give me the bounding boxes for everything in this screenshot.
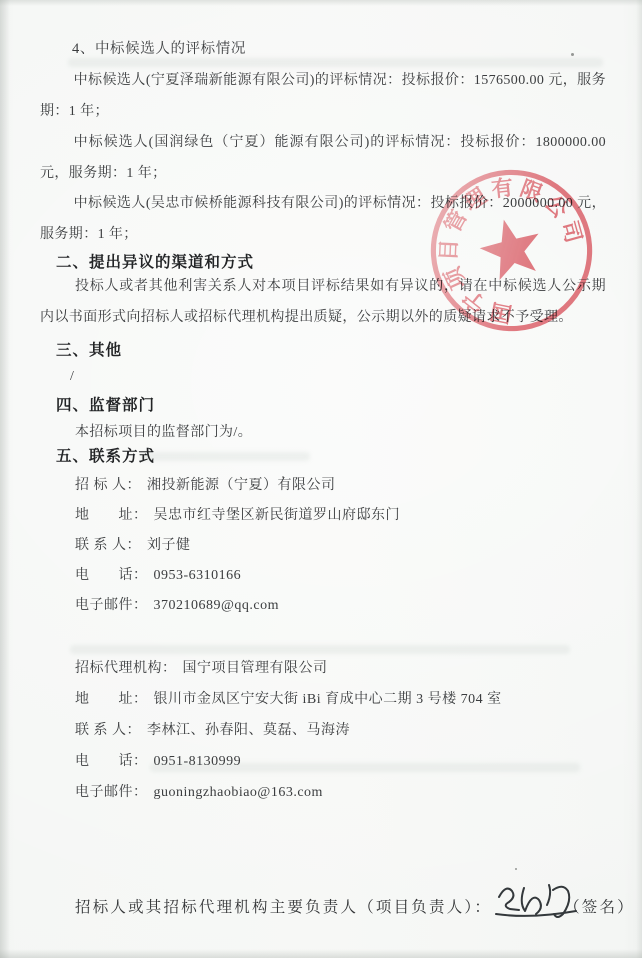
responsible-person-prefix: 招标人或其招标代理机构主要负责人（项目负责人）： <box>75 899 492 916</box>
contact-label: 电 话： <box>75 568 148 583</box>
agency-row-contact-person: 联 系 人：李林江、孙春阳、莫磊、马海涛 <box>75 719 350 739</box>
section5-heading: 五、联系方式 <box>56 444 155 466</box>
scan-speck <box>515 868 517 870</box>
bleed-through-smudge <box>140 452 310 461</box>
contact-value: 吴忠市红寺堡区新民街道罗山府邸东门 <box>154 508 401 523</box>
signature-stroke <box>499 889 519 910</box>
contact-value: 银川市金凤区宁安大街 iBi 育成中心二期 3 号楼 704 室 <box>154 692 502 707</box>
agency-row-name: 招标代理机构：国宁项目管理有限公司 <box>75 657 328 677</box>
agency-row-address: 地 址：银川市金凤区宁安大街 iBi 育成中心二期 3 号楼 704 室 <box>75 688 502 708</box>
contact-value: 0951-8130999 <box>154 754 242 769</box>
scan-edge-left <box>0 0 10 958</box>
scan-speck <box>571 53 574 56</box>
contact-value: 刘子健 <box>147 538 191 553</box>
scan-edge-top <box>0 0 642 6</box>
agency-row-email: 电子邮件：guoningzhaobiao@163.com <box>75 781 323 801</box>
contact-value: 国宁项目管理有限公司 <box>183 661 328 676</box>
tenderer-row-address: 地 址：吴忠市红寺堡区新民街道罗山府邸东门 <box>75 504 400 524</box>
seal-star-icon <box>474 212 547 283</box>
section3-body: / <box>70 362 74 393</box>
candidate-paragraph-1: 中标候选人(宁夏泽瑞新能源有限公司)的评标情况：投标报价：1576500.00 … <box>40 66 606 127</box>
agency-row-phone: 电 话：0951-8130999 <box>75 750 241 770</box>
scan-edge-right <box>636 0 642 958</box>
contact-label: 地 址： <box>75 692 148 707</box>
contact-value: 0953-6310166 <box>154 568 242 583</box>
contact-value: guoningzhaobiao@163.com <box>154 785 323 800</box>
contact-label: 招 标 人： <box>75 478 141 493</box>
tenderer-row-phone: 电 话：0953-6310166 <box>75 564 241 584</box>
contact-label: 电子邮件： <box>75 598 148 613</box>
contact-value: 湘投新能源（宁夏）有限公司 <box>147 478 336 493</box>
contact-value: 李林江、孙春阳、莫磊、马海涛 <box>147 723 350 738</box>
item4-title: 4、中标候选人的评标情况 <box>72 37 246 58</box>
tenderer-row-email: 电子邮件：370210689@qq.com <box>75 594 279 614</box>
company-seal: 国宁项目管理有限公司 <box>413 152 610 349</box>
contact-label: 招标代理机构： <box>75 661 177 676</box>
tenderer-row-contact-person: 联 系 人：刘子健 <box>75 534 191 554</box>
scan-edge-bottom <box>0 949 642 958</box>
handwritten-signature <box>494 879 580 925</box>
section4-heading: 四、监督部门 <box>56 393 155 415</box>
contact-value: 370210689@qq.com <box>154 598 280 613</box>
signature-stroke <box>522 888 541 914</box>
tenderer-row-name: 招 标 人：湘投新能源（宁夏）有限公司 <box>75 474 336 494</box>
bleed-through-smudge <box>70 645 570 654</box>
section2-heading: 二、提出异议的渠道和方式 <box>56 250 254 272</box>
contact-label: 电 话： <box>75 754 148 769</box>
section3-heading: 三、其他 <box>56 338 122 360</box>
contact-label: 电子邮件： <box>75 785 148 800</box>
contact-label: 联 系 人： <box>75 723 141 738</box>
contact-label: 地 址： <box>75 508 148 523</box>
contact-label: 联 系 人： <box>75 538 141 553</box>
scanned-document-page: 4、中标候选人的评标情况 中标候选人(宁夏泽瑞新能源有限公司)的评标情况：投标报… <box>0 0 642 958</box>
